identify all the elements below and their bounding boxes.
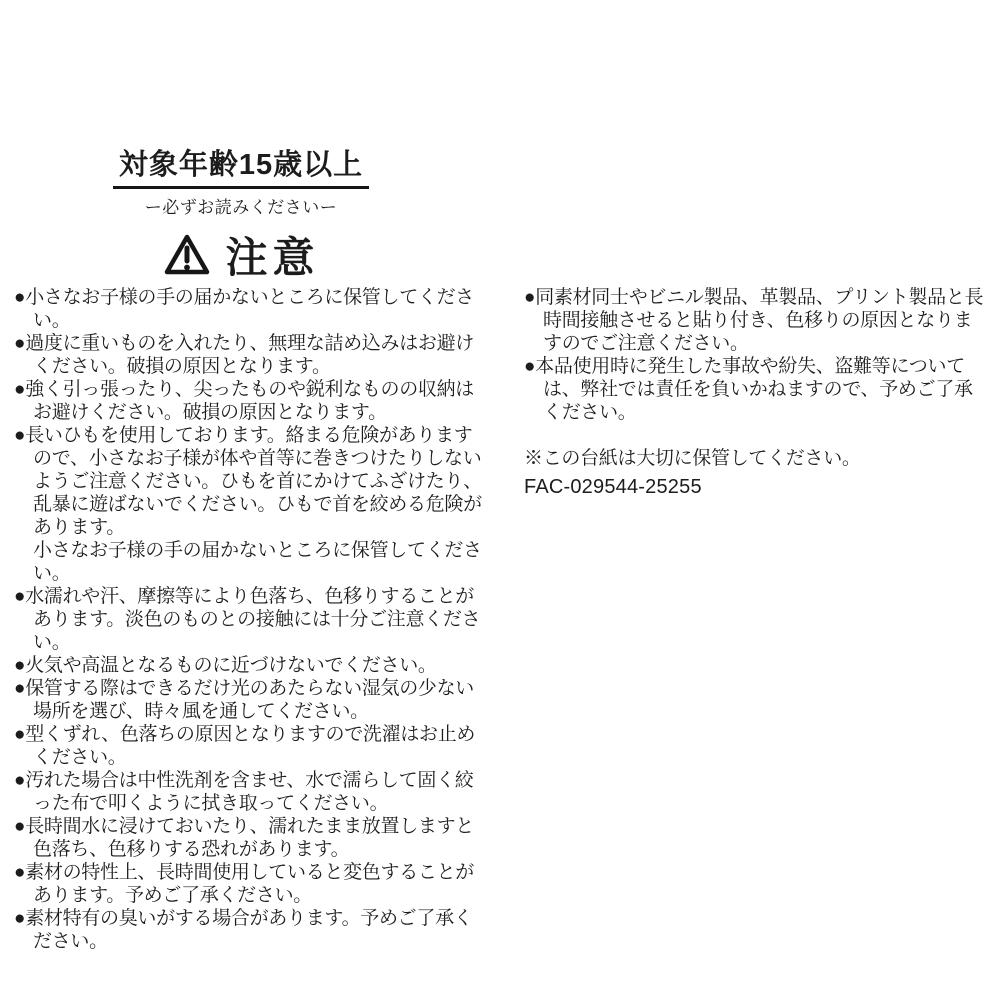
- caution-item-text: 素材特有の臭いがする場合があります。予めご了承ください。: [25, 908, 472, 952]
- caution-item: ●本品使用時に発生した事故や紛失、盗難等については、弊社では責任を負いかねますの…: [524, 355, 990, 424]
- bullet-icon: ●: [14, 655, 25, 676]
- caution-item-text: 本品使用時に発生した事故や紛失、盗難等については、弊社では責任を負いかねますので…: [535, 356, 973, 423]
- bullet-icon: ●: [14, 333, 25, 354]
- product-code: FAC-029544-25255: [524, 476, 990, 499]
- caution-item: ●過度に重いものを入れたり、無理な詰め込みはお避けください。破損の原因となります…: [14, 332, 482, 378]
- bullet-icon: ●: [14, 862, 25, 883]
- caution-item-text: 保管する際はできるだけ光のあたらない湿気の少ない場所を選び、時々風を通してくださ…: [25, 678, 474, 722]
- right-caution-list: ●同素材同士やビニル製品、革製品、プリント製品と長時間接触させると貼り付き、色移…: [524, 286, 990, 499]
- caution-item-text: 長いひもを使用しております。絡まる危険がありますので、小さなお子様が体や首等に巻…: [25, 425, 482, 584]
- caution-sheet: 対象年齢15歳以上 ー必ずお読みくださいー 注意 ●小さなお子様の手の届かないと…: [0, 0, 1000, 1000]
- bullet-icon: ●: [14, 908, 25, 929]
- bullet-icon: ●: [14, 770, 25, 791]
- age-restriction-title: 対象年齢15歳以上: [113, 142, 369, 189]
- caution-item: ●同素材同士やビニル製品、革製品、プリント製品と長時間接触させると貼り付き、色移…: [524, 286, 990, 355]
- caution-item: ●素材特有の臭いがする場合があります。予めご了承ください。: [14, 907, 482, 953]
- caution-item: ●汚れた場合は中性洗剤を含ませ、水で濡らして固く絞った布で叩くように拭き取ってく…: [14, 769, 482, 815]
- bullet-icon: ●: [14, 379, 25, 400]
- bullet-icon: ●: [524, 356, 535, 377]
- bullet-icon: ●: [14, 816, 25, 837]
- caution-item-text: 水濡れや汗、摩擦等により色落ち、色移りすることがあります。淡色のものとの接触には…: [25, 586, 480, 653]
- caution-item: ●水濡れや汗、摩擦等により色落ち、色移りすることがあります。淡色のものとの接触に…: [14, 585, 482, 654]
- caution-heading-row: 注意: [10, 225, 472, 285]
- bullet-icon: ●: [14, 425, 25, 446]
- left-caution-list: ●小さなお子様の手の届かないところに保管してください。 ●過度に重いものを入れた…: [14, 286, 482, 953]
- bullet-icon: ●: [14, 287, 25, 308]
- caution-item: ●保管する際はできるだけ光のあたらない湿気の少ない場所を選び、時々風を通してくだ…: [14, 677, 482, 723]
- caution-item: ●長時間水に浸けておいたり、濡れたまま放置しますと色落ち、色移りする恐れがありま…: [14, 815, 482, 861]
- caution-item: ●長いひもを使用しております。絡まる危険がありますので、小さなお子様が体や首等に…: [14, 424, 482, 585]
- keep-card-note: ※この台紙は大切に保管してください。: [524, 447, 990, 470]
- caution-item-text: 小さなお子様の手の届かないところに保管してください。: [25, 287, 474, 331]
- caution-item: ●火気や高温となるものに近づけないでください。: [14, 654, 482, 677]
- caution-item: ●小さなお子様の手の届かないところに保管してください。: [14, 286, 482, 332]
- caution-item-text: 素材の特性上、長時間使用していると変色することがあります。予めご了承ください。: [25, 862, 474, 906]
- warning-triangle-icon: [162, 231, 212, 279]
- bullet-icon: ●: [524, 287, 535, 308]
- caution-item-text: 過度に重いものを入れたり、無理な詰め込みはお避けください。破損の原因となります。: [25, 333, 474, 377]
- caution-item-text: 長時間水に浸けておいたり、濡れたまま放置しますと色落ち、色移りする恐れがあります…: [25, 816, 474, 860]
- caution-item: ●強く引っ張ったり、尖ったものや鋭利なものの収納はお避けください。破損の原因とな…: [14, 378, 482, 424]
- header: 対象年齢15歳以上 ー必ずお読みくださいー 注意: [10, 142, 472, 285]
- caution-item: ●素材の特性上、長時間使用していると変色することがあります。予めご了承ください。: [14, 861, 482, 907]
- caution-heading: 注意: [225, 225, 319, 285]
- bullet-icon: ●: [14, 724, 25, 745]
- read-me-subtitle: ー必ずお読みくださいー: [10, 193, 472, 218]
- bullet-icon: ●: [14, 678, 25, 699]
- bullet-icon: ●: [14, 586, 25, 607]
- caution-item-text: 汚れた場合は中性洗剤を含ませ、水で濡らして固く絞った布で叩くように拭き取ってくだ…: [25, 770, 473, 814]
- caution-item-text: 強く引っ張ったり、尖ったものや鋭利なものの収納はお避けください。破損の原因となり…: [25, 379, 474, 423]
- caution-item-text: 型くずれ、色落ちの原因となりますので洗濯はお止めください。: [25, 724, 475, 768]
- caution-item-text: 同素材同士やビニル製品、革製品、プリント製品と長時間接触させると貼り付き、色移り…: [535, 287, 983, 354]
- caution-item: ●型くずれ、色落ちの原因となりますので洗濯はお止めください。: [14, 723, 482, 769]
- caution-item-text: 火気や高温となるものに近づけないでください。: [25, 655, 436, 676]
